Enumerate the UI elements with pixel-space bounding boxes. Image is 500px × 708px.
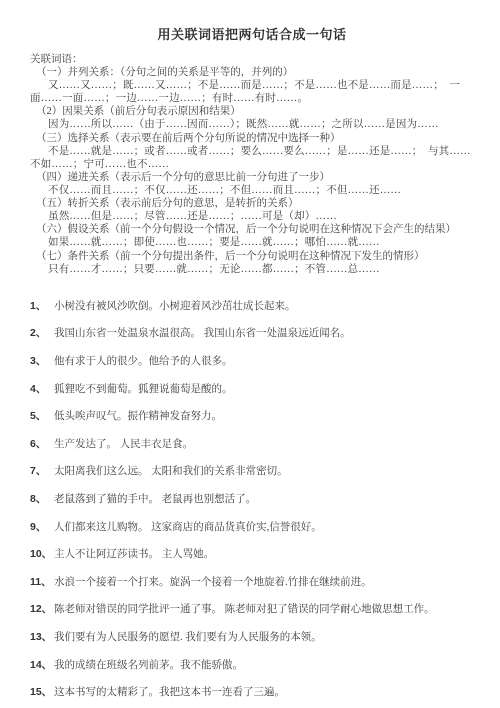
exercise-text: 太阳离我们这么远。 太阳和我们的关系非常密切。: [54, 466, 288, 477]
exercise-number: 7、: [30, 465, 54, 478]
section-transition: （五）转折关系（表示前后分句的意思，是转折的关系） 虽然……但是……；尽管……还…: [30, 197, 474, 223]
section-condition: （七）条件关系（前一个分句提出条件，后一个分句说明在这种情况下发生的情形） 只有…: [30, 250, 474, 276]
exercise-text: 我的成绩在班级名列前茅。我不能骄傲。: [54, 660, 243, 671]
section-choice: （三）选择关系（表示要在前后两个分句所说的情况中选择一种） 不是……就是……；或…: [30, 132, 474, 171]
exercise-item: 10、主人不让阿辽莎读书。 主人骂她。: [30, 548, 474, 561]
exercise-number: 1、: [30, 300, 54, 313]
exercise-item: 3、他有求于人的很少。他给予的人很多。: [30, 355, 474, 368]
section-content: 不仅……而且……；不仅……还……；不但……而且……；不但……还……: [30, 184, 474, 197]
page-title: 用关联词语把两句话合成一句话: [30, 24, 474, 43]
exercise-number: 13、: [30, 631, 54, 644]
intro-label: 关联词语：: [30, 53, 474, 66]
exercise-number: 4、: [30, 383, 54, 396]
exercise-text: 这本书写的太精彩了。我把这本书一连看了三遍。: [54, 687, 285, 698]
exercise-number: 15、: [30, 686, 54, 699]
exercise-text: 主人不让阿辽莎读书。 主人骂她。: [54, 549, 214, 560]
connective-sections: （一）并列关系：（分句之间的关系是平等的，并列的） 又……又……；既……又……；…: [30, 66, 474, 276]
exercise-text: 水浪一个接着一个打来。旋涡一个接着一个地旋着.竹排在继续前进。: [54, 577, 372, 588]
exercise-text: 小树没有被风沙吹倒。小树迎着风沙茁壮成长起来。: [54, 301, 296, 312]
section-hypothesis: （六）假设关系（前一个分句假设一个情况，后一个分句说明在这种情况下会产生的结果）…: [30, 223, 474, 249]
section-content: 因为……所以……（由于……因而……）；既然……就……；之所以……是因为……: [30, 118, 474, 131]
section-heading: （七）条件关系（前一个分句提出条件，后一个分句说明在这种情况下发生的情形）: [30, 250, 474, 263]
exercise-item: 4、狐狸吃不到葡萄。狐狸说葡萄是酸的。: [30, 383, 474, 396]
exercise-item: 8、老鼠落到了猫的手中。 老鼠再也别想活了。: [30, 493, 474, 506]
exercise-item: 15、这本书写的太精彩了。我把这本书一连看了三遍。: [30, 686, 474, 699]
exercise-item: 11、水浪一个接着一个打来。旋涡一个接着一个地旋着.竹排在继续前进。: [30, 576, 474, 589]
exercise-item: 2、我国山东省一处温泉水温很高。 我国山东省一处温泉远近闻名。: [30, 327, 474, 340]
exercise-list: 1、小树没有被风沙吹倒。小树迎着风沙茁壮成长起来。 2、我国山东省一处温泉水温很…: [30, 300, 474, 699]
exercise-item: 1、小树没有被风沙吹倒。小树迎着风沙茁壮成长起来。: [30, 300, 474, 313]
exercise-number: 6、: [30, 438, 54, 451]
section-content: 只有……才……；只要……就……；无论……都……；不管……总……: [30, 263, 474, 276]
worksheet-page: 用关联词语把两句话合成一句话 关联词语： （一）并列关系：（分句之间的关系是平等…: [0, 0, 500, 708]
section-heading: （四）递进关系（表示后一个分句的意思比前一分句进了一步）: [30, 171, 474, 184]
exercise-item: 14、我的成绩在班级名列前茅。我不能骄傲。: [30, 659, 474, 672]
exercise-number: 2、: [30, 327, 54, 340]
section-content: 虽然……但是……；尽管……还是……；……可是（却）……: [30, 210, 474, 223]
exercise-text: 陈老师对错误的同学批评一通了事。 陈老师对犯了错误的同学耐心地做思想工作。: [54, 604, 435, 615]
section-heading: （六）假设关系（前一个分句假设一个情况，后一个分句说明在这种情况下会产生的结果）: [30, 223, 474, 236]
exercise-text: 我们要有为人民服务的愿望. 我们要有为人民服务的本领。: [54, 632, 322, 643]
exercise-item: 9、人们都来这儿购物。 这家商店的商品货真价实,信誉很好。: [30, 521, 474, 534]
section-parallel: （一）并列关系：（分句之间的关系是平等的，并列的） 又……又……；既……又……；…: [30, 66, 474, 105]
exercise-text: 狐狸吃不到葡萄。狐狸说葡萄是酸的。: [54, 384, 233, 395]
exercise-number: 14、: [30, 659, 54, 672]
exercise-number: 12、: [30, 603, 54, 616]
exercise-item: 12、陈老师对错误的同学批评一通了事。 陈老师对犯了错误的同学耐心地做思想工作。: [30, 603, 474, 616]
section-heading: （五）转折关系（表示前后分句的意思，是转折的关系）: [30, 197, 474, 210]
exercise-text: 人们都来这儿购物。 这家商店的商品货真价实,信誉很好。: [54, 522, 322, 533]
exercise-item: 6、生产发达了。 人民丰衣足食。: [30, 438, 474, 451]
section-heading: （2）因果关系（前后分句表示原因和结果）: [30, 105, 474, 118]
exercise-item: 13、我们要有为人民服务的愿望. 我们要有为人民服务的本领。: [30, 631, 474, 644]
section-content: 不是……就是……；或者……或者……；要么……要么……；是……还是……； 与其………: [30, 145, 474, 171]
exercise-number: 9、: [30, 521, 54, 534]
exercise-text: 生产发达了。 人民丰衣足食。: [54, 439, 193, 450]
exercise-number: 10、: [30, 548, 54, 561]
exercise-text: 他有求于人的很少。他给予的人很多。: [54, 356, 233, 367]
section-content: 又……又……；既……又……；不是……而是……；不是……也不是……而是……； 一面…: [30, 79, 474, 105]
exercise-number: 11、: [30, 576, 54, 589]
section-heading: （三）选择关系（表示要在前后两个分句所说的情况中选择一种）: [30, 132, 474, 145]
exercise-text: 老鼠落到了猫的手中。 老鼠再也别想活了。: [54, 494, 256, 505]
section-content: 如果……就……；即使……也……；要是……就……；哪怕……就……: [30, 236, 474, 249]
section-cause-effect: （2）因果关系（前后分句表示原因和结果） 因为……所以……（由于……因而……）；…: [30, 105, 474, 131]
section-heading: （一）并列关系：（分句之间的关系是平等的，并列的）: [30, 66, 474, 79]
exercise-text: 低头唉声叹气。振作精神发奋努力。: [54, 411, 222, 422]
exercise-item: 5、低头唉声叹气。振作精神发奋努力。: [30, 410, 474, 423]
exercise-text: 我国山东省一处温泉水温很高。 我国山东省一处温泉远近闻名。: [54, 328, 351, 339]
exercise-item: 7、太阳离我们这么远。 太阳和我们的关系非常密切。: [30, 465, 474, 478]
exercise-number: 3、: [30, 355, 54, 368]
exercise-number: 8、: [30, 493, 54, 506]
section-progressive: （四）递进关系（表示后一个分句的意思比前一分句进了一步） 不仅……而且……；不仅…: [30, 171, 474, 197]
exercise-number: 5、: [30, 410, 54, 423]
